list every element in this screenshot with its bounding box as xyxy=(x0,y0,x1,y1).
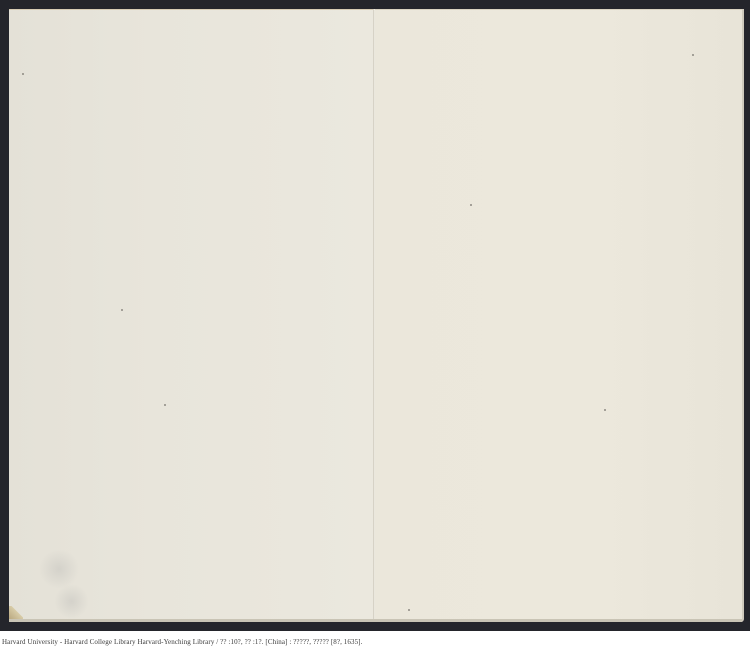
paper-speck xyxy=(121,309,123,311)
stain-mark xyxy=(54,584,89,619)
book-gutter xyxy=(373,9,375,622)
paper-speck xyxy=(164,404,166,406)
stain-mark xyxy=(39,549,79,589)
paper-speck xyxy=(692,54,694,56)
paper-speck xyxy=(470,204,472,206)
paper-speck xyxy=(604,409,606,411)
paper-speck xyxy=(22,73,24,75)
paper-speck xyxy=(408,609,410,611)
page-bottom-edge xyxy=(9,619,742,622)
right-page xyxy=(374,9,744,622)
citation-caption: Harvard University - Harvard College Lib… xyxy=(2,637,748,647)
scan-image xyxy=(0,0,750,631)
left-page xyxy=(9,9,374,621)
